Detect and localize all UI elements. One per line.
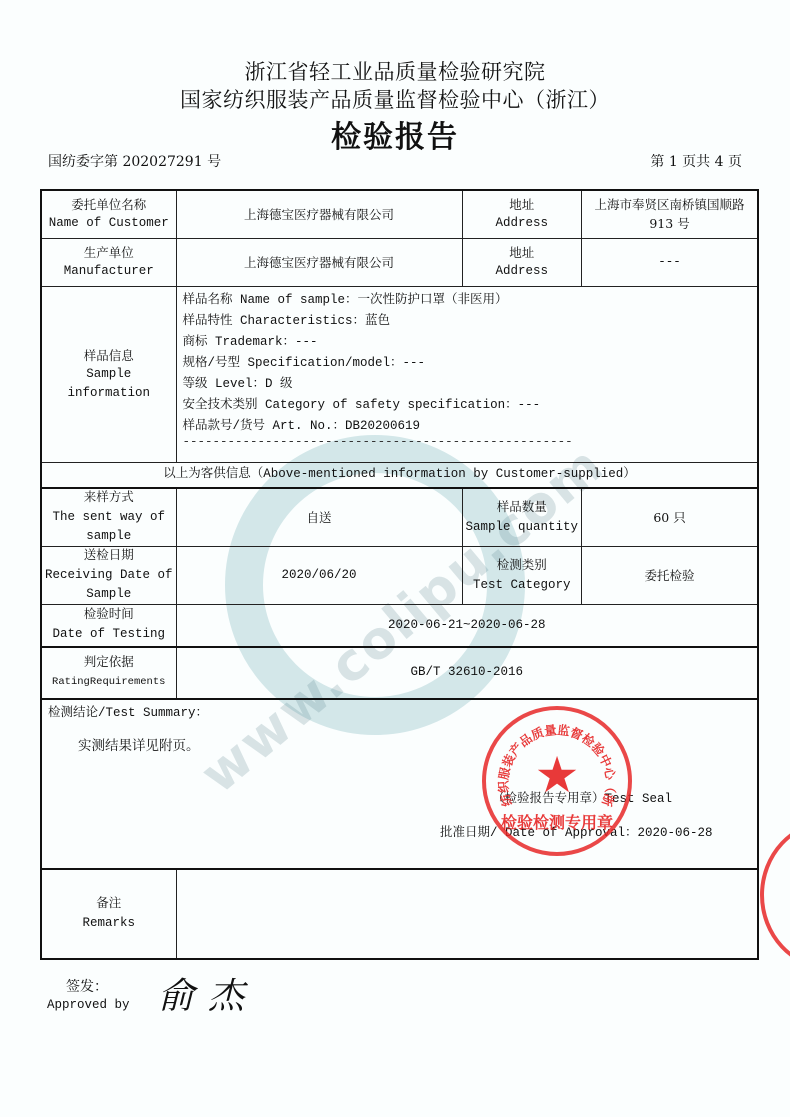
remarks-label: 备注Remarks [41,869,176,959]
sending-value: 自送 [176,488,462,547]
row-manufacturer: 生产单位Manufacturer 上海德宝医疗器械有限公司 地址Address … [41,238,758,286]
signature: 俞杰 [158,968,258,1019]
row-receiving: 送检日期Receiving Date ofSample 2020/06/20 检… [41,547,758,605]
sample-line: 规格/号型 Specification/model：--- [183,353,751,374]
row-sending: 来样方式The sent way ofsample 自送 样品数量Sample … [41,488,758,547]
customer-label: 委托单位名称Name of Customer [41,190,176,238]
page-indicator: 第 1 页共 4 页 [650,151,742,171]
row-customer: 委托单位名称Name of Customer 上海德宝医疗器械有限公司 地址Ad… [41,190,758,238]
institute-name: 浙江省轻工业品质量检验研究院 [0,56,790,86]
quantity-label: 样品数量Sample quantity [462,488,582,547]
sample-divider: ----------------------------------------… [183,437,751,447]
sending-label: 来样方式The sent way ofsample [41,488,176,547]
approved-label-en: Approved by [47,998,130,1012]
summary-label: 检测结论/Test Summary： [48,704,208,723]
test-summary: 检测结论/Test Summary： 实测结果详见附页。 （检验报告专用章）Te… [41,699,758,869]
receiving-value: 2020/06/20 [176,547,462,605]
row-customer-supplied-note: 以上为客供信息（Above-mentioned information by C… [41,462,758,488]
receiving-label: 送检日期Receiving Date ofSample [41,547,176,605]
row-testing: 检验时间Date of Testing 2020-06-21~2020-06-2… [41,605,758,647]
remarks-value [176,869,758,959]
manufacturer-address: --- [582,238,758,286]
sample-info-label: 样品信息 Sample information [41,286,176,462]
testing-value: 2020-06-21~2020-06-28 [176,605,758,647]
sample-line: 样品名称 Name of sample：一次性防护口罩（非医用） [183,290,751,311]
manufacturer-address-label: 地址Address [462,238,582,286]
page-edge-seal [760,820,790,970]
manufacturer-label: 生产单位Manufacturer [41,238,176,286]
category-value: 委托检验 [582,547,758,605]
summary-text: 实测结果详见附页。 [78,738,200,757]
sample-line: 样品特性 Characteristics：蓝色 [183,311,751,332]
manufacturer-value: 上海德宝医疗器械有限公司 [176,238,462,286]
seal-label: （检验报告专用章）Test Seal [492,790,672,809]
sample-info-details: 样品名称 Name of sample：一次性防护口罩（非医用） 样品特性 Ch… [176,286,758,462]
report-table: 委托单位名称Name of Customer 上海德宝医疗器械有限公司 地址Ad… [40,189,759,960]
rating-label: 判定依据RatingRequirements [41,647,176,699]
rating-value: GB/T 32610-2016 [176,647,758,699]
center-name: 国家纺织服装产品质量监督检验中心（浙江） [0,84,790,114]
quantity-value: 60 只 [582,488,758,547]
row-remarks: 备注Remarks [41,869,758,959]
sample-line: 样品款号/货号 Art. No.：DB20200619 [183,416,751,437]
row-rating: 判定依据RatingRequirements GB/T 32610-2016 [41,647,758,699]
row-summary: 检测结论/Test Summary： 实测结果详见附页。 （检验报告专用章）Te… [41,699,758,869]
report-title: 检验报告 [0,112,790,156]
sample-line: 商标 Trademark：--- [183,332,751,353]
sample-line: 安全技术类别 Category of safety specification：… [183,395,751,416]
approval-date: 批准日期/ Date of Approval：2020-06-28 [440,824,713,843]
sample-line: 等级 Level：D 级 [183,374,751,395]
row-sample-info: 样品信息 Sample information 样品名称 Name of sam… [41,286,758,462]
approved-label-cn: 签发： [66,976,108,996]
customer-value: 上海德宝医疗器械有限公司 [176,190,462,238]
category-label: 检测类别Test Category [462,547,582,605]
report-number: 国纺委字第 202027291 号 [48,151,221,171]
customer-address: 上海市奉贤区南桥镇国顺路 913 号 [582,190,758,238]
customer-supplied-note: 以上为客供信息（Above-mentioned information by C… [41,462,758,488]
customer-address-label: 地址Address [462,190,582,238]
testing-label: 检验时间Date of Testing [41,605,176,647]
